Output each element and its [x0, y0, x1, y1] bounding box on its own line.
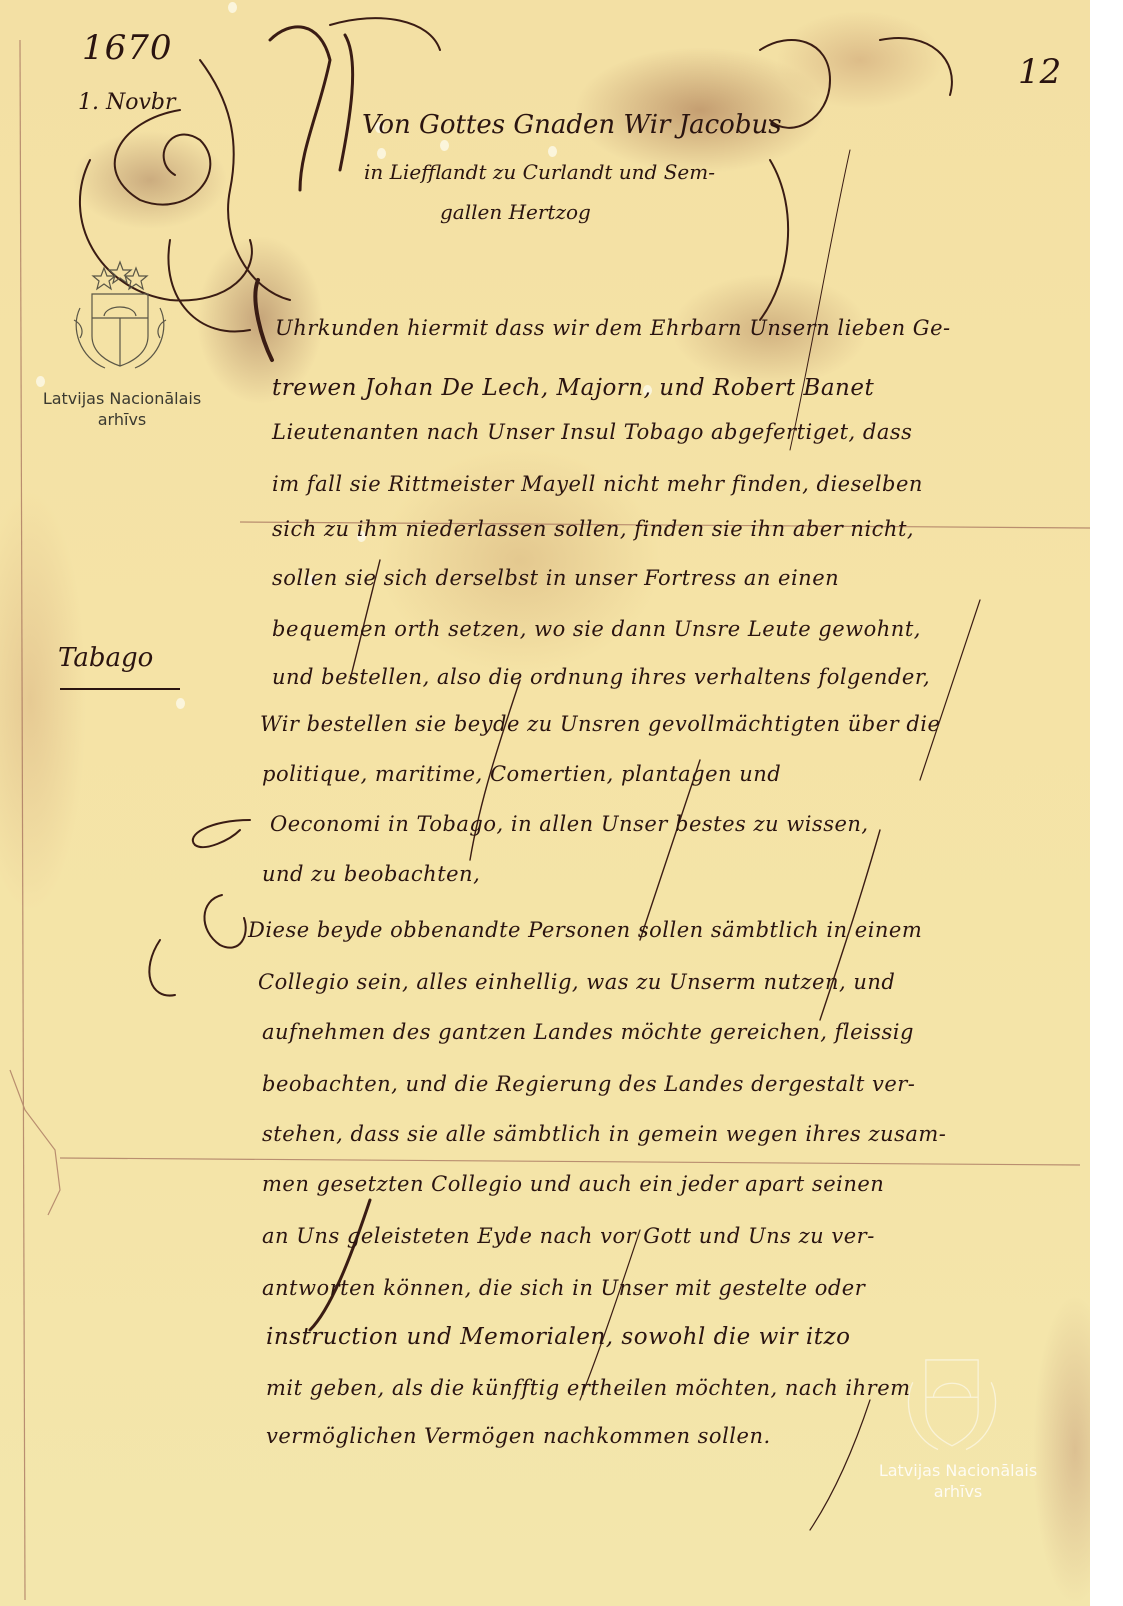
- archive-watermark-right: Latvijas Nacionālais arhīvs: [858, 1460, 1058, 1502]
- archive-watermark-left: Latvijas Nacionālais arhīvs: [22, 388, 222, 430]
- body-line: Lieutenanten nach Unser Insul Tobago abg…: [272, 420, 912, 444]
- body-line: Wir bestellen sie beyde zu Unsren gevoll…: [260, 712, 940, 736]
- body-line: Uhrkunden hiermit dass wir dem Ehrbarn U…: [275, 316, 951, 340]
- body-line: beobachten, und die Regierung des Landes…: [262, 1072, 915, 1096]
- body-line: instruction und Memorialen, sowohl die w…: [266, 1324, 851, 1350]
- archive-crest-icon: [60, 258, 180, 378]
- margin-underline: [60, 688, 180, 690]
- archive-crest-icon: [896, 1345, 1008, 1457]
- body-line: stehen, dass sie alle sämbtlich in gemei…: [262, 1122, 946, 1146]
- body-line: Diese beyde obbenandte Personen sollen s…: [248, 918, 922, 942]
- manuscript-page: 1670 1. Novbr 12 Tabago Von Gottes Gnade…: [0, 0, 1090, 1606]
- paper-hole: [440, 140, 449, 151]
- margin-year: 1670: [82, 28, 173, 68]
- watermark-line-1: Latvijas Nacionālais: [22, 388, 222, 409]
- body-line: und zu beobachten,: [262, 862, 480, 886]
- body-line: und bestellen, also die ordnung ihres ve…: [272, 665, 930, 689]
- margin-date: 1. Novbr: [78, 90, 176, 115]
- watermark-line-2: arhīvs: [858, 1481, 1058, 1502]
- body-line: trewen Johan De Lech, Majorn, und Robert…: [272, 375, 874, 401]
- body-line: men gesetzten Collegio und auch ein jede…: [262, 1172, 884, 1196]
- paper-hole: [36, 376, 45, 387]
- heading-line: in Liefflandt zu Curlandt und Sem-: [364, 160, 715, 184]
- paper-hole: [548, 146, 557, 157]
- body-line: vermöglichen Vermögen nachkommen sollen.: [266, 1424, 771, 1448]
- watermark-line-1: Latvijas Nacionālais: [858, 1460, 1058, 1481]
- body-line: politique, maritime, Comertien, plantage…: [262, 762, 781, 786]
- margin-place-note: Tabago: [58, 643, 153, 673]
- body-line: bequemen orth setzen, wo sie dann Unsre …: [272, 617, 921, 641]
- body-line: aufnehmen des gantzen Landes möchte gere…: [262, 1020, 914, 1044]
- paper-hole: [176, 698, 185, 709]
- body-line: sollen sie sich derselbst in unser Fortr…: [272, 566, 839, 590]
- heading-line: gallen Hertzog: [440, 200, 591, 224]
- folio-number: 12: [1018, 52, 1061, 92]
- body-line: im fall sie Rittmeister Mayell nicht meh…: [272, 472, 923, 496]
- body-line: Collegio sein, alles einhellig, was zu U…: [258, 970, 895, 994]
- paper-hole: [228, 2, 237, 13]
- body-line: Oeconomi in Tobago, in allen Unser beste…: [270, 812, 869, 836]
- body-line: antworten können, die sich in Unser mit …: [262, 1276, 865, 1300]
- body-line: sich zu ihm niederlassen sollen, finden …: [272, 517, 914, 541]
- watermark-line-2: arhīvs: [22, 409, 222, 430]
- heading-line: Von Gottes Gnaden Wir Jacobus: [362, 110, 782, 140]
- paper-hole: [377, 148, 386, 159]
- body-line: mit geben, als die künfftig ertheilen mö…: [266, 1376, 911, 1400]
- body-line: an Uns geleisteten Eyde nach vor Gott un…: [262, 1224, 875, 1248]
